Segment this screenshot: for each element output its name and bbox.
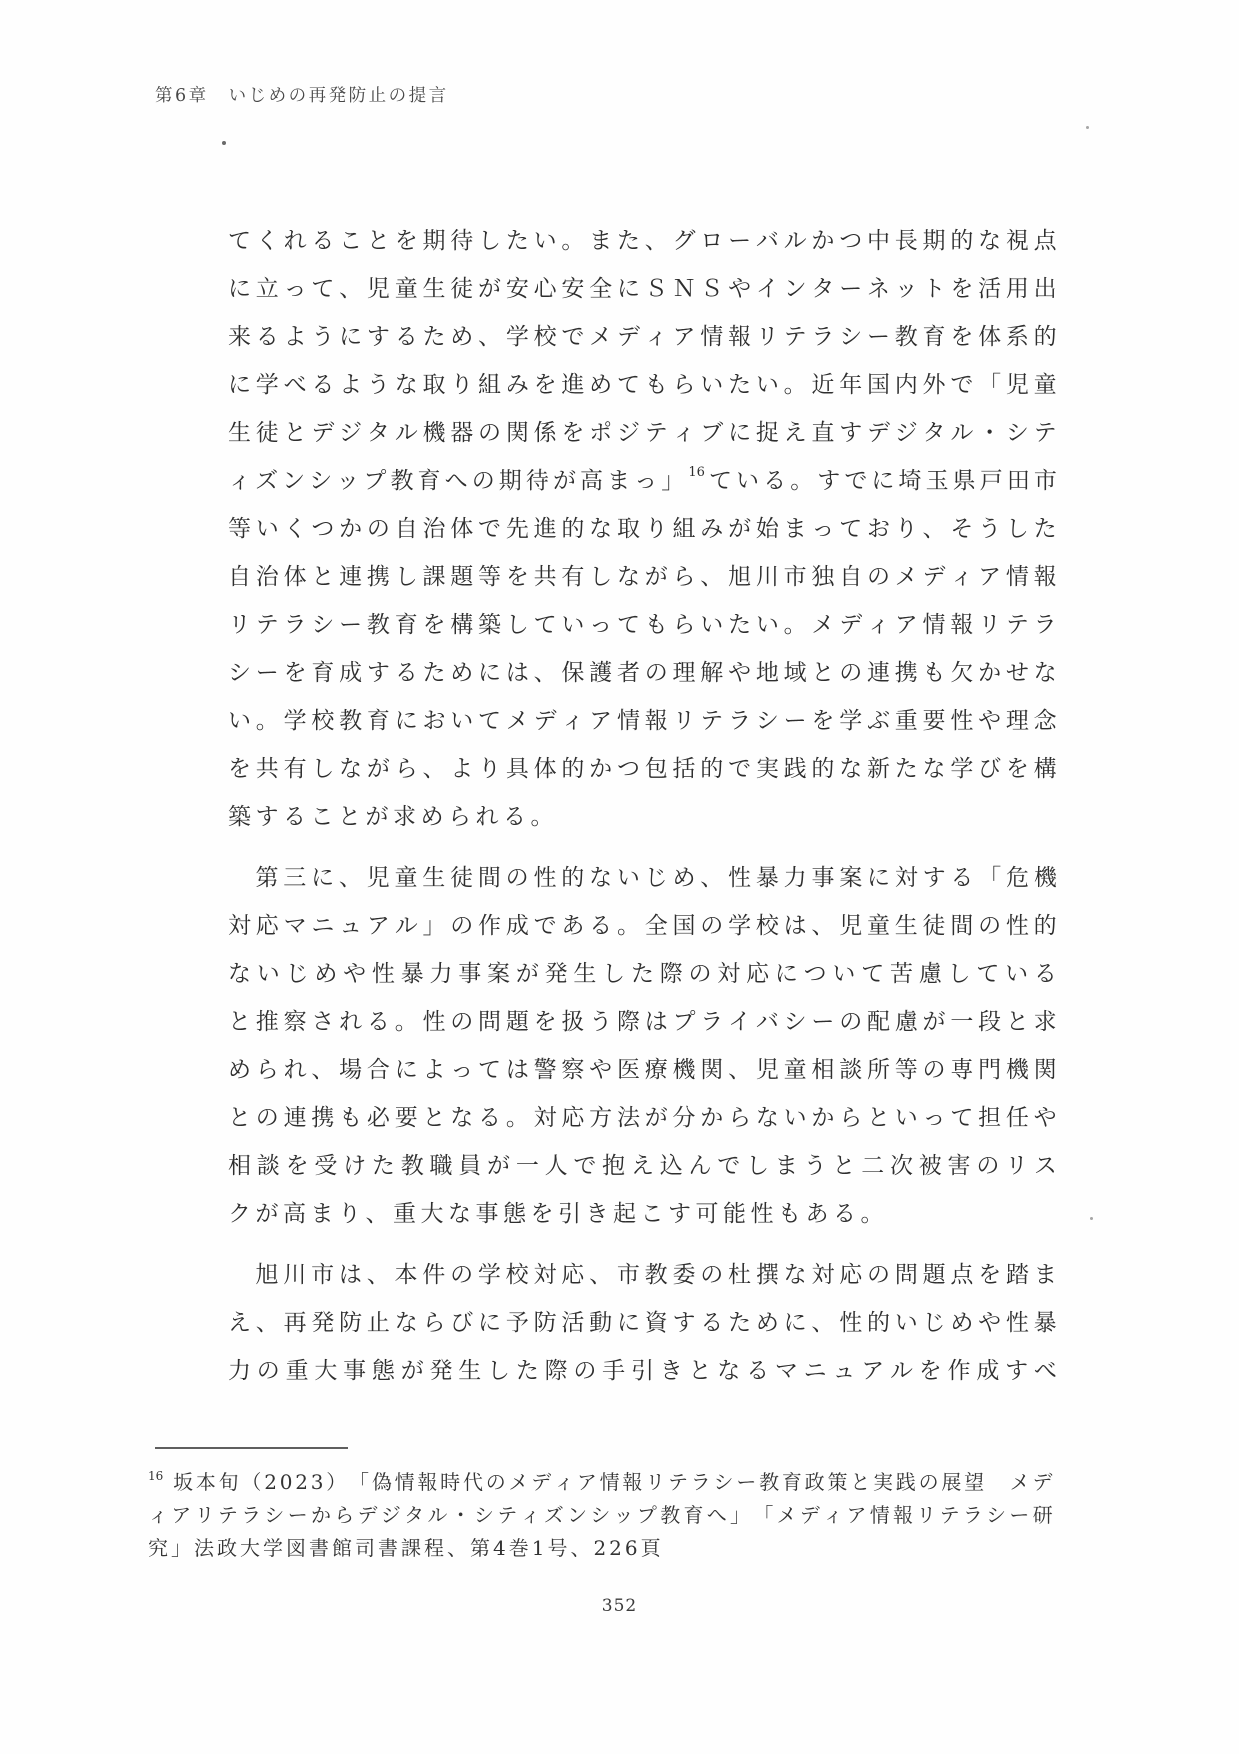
- page-number: 352: [0, 1596, 1239, 1616]
- paragraph-3: 旭川市は、本件の学校対応、市教委の杜撰な対応の問題点を踏ま え、再発防止ならびに…: [228, 1251, 1057, 1395]
- text-line: クが高まり、重大な事態を引き起こす可能性もある。: [228, 1190, 1057, 1238]
- text-line: シーを育成するためには、保護者の理解や地域との連携も欠かせな: [228, 649, 1057, 697]
- text-line: 第三に、児童生徒間の性的ないじめ、性暴力事案に対する「危機: [228, 854, 1057, 902]
- text-line: え、再発防止ならびに予防活動に資するために、性的いじめや性暴: [228, 1299, 1057, 1347]
- text-line: ィズンシップ教育への期待が高まっ」16ている。すでに埼玉県戸田市: [228, 457, 1057, 505]
- body-text: てくれることを期待したい。また、グローバルかつ中長期的な視点 に立って、児童生徒…: [228, 217, 1057, 1395]
- text-line: に学べるような取り組みを進めてもらいたい。近年国内外で「児童: [228, 361, 1057, 409]
- footnote-line: ィアリテラシーからデジタル・シティズンシップ教育へ」「メディア情報リテラシー研: [148, 1499, 1053, 1532]
- scan-speck: [1086, 126, 1089, 129]
- footnote: 16坂本旬（2023）「偽情報時代のメディア情報リテラシー教育政策と実践の展望 …: [148, 1466, 1053, 1565]
- text-line: 築することが求められる。: [228, 793, 1057, 841]
- text-line: 旭川市は、本件の学校対応、市教委の杜撰な対応の問題点を踏ま: [228, 1251, 1057, 1299]
- text-line: められ、場合によっては警察や医療機関、児童相談所等の専門機関: [228, 1046, 1057, 1094]
- text-line: い。学校教育においてメディア情報リテラシーを学ぶ重要性や理念: [228, 697, 1057, 745]
- scan-speck: [222, 141, 226, 145]
- footnote-ref-marker: 16: [688, 449, 705, 497]
- scan-speck: [1090, 1217, 1093, 1220]
- text-line: を共有しながら、より具体的かつ包括的で実践的な新たな学びを構: [228, 745, 1057, 793]
- paragraph-2: 第三に、児童生徒間の性的ないじめ、性暴力事案に対する「危機 対応マニュアル」の作…: [228, 854, 1057, 1238]
- footnote-line: 究」法政大学図書館司書課程、第4巻1号、226頁: [148, 1532, 1053, 1565]
- text-line: てくれることを期待したい。また、グローバルかつ中長期的な視点: [228, 217, 1057, 265]
- text-line: リテラシー教育を構築していってもらいたい。メディア情報リテラ: [228, 601, 1057, 649]
- text-line: 自治体と連携し課題等を共有しながら、旭川市独自のメディア情報: [228, 553, 1057, 601]
- footnote-number: 16: [148, 1460, 163, 1493]
- text-line: と推察される。性の問題を扱う際はプライバシーの配慮が一段と求: [228, 998, 1057, 1046]
- text-line: との連携も必要となる。対応方法が分からないからといって担任や: [228, 1094, 1057, 1142]
- text-line: 等いくつかの自治体で先進的な取り組みが始まっており、そうした: [228, 505, 1057, 553]
- chapter-header: 第6章 いじめの再発防止の提言: [155, 82, 449, 107]
- text-line: 力の重大事態が発生した際の手引きとなるマニュアルを作成すべ: [228, 1347, 1057, 1395]
- text-line: 対応マニュアル」の作成である。全国の学校は、児童生徒間の性的: [228, 902, 1057, 950]
- text-line: 生徒とデジタル機器の関係をポジティブに捉え直すデジタル・シテ: [228, 409, 1057, 457]
- text-line: に立って、児童生徒が安心安全にＳＮＳやインターネットを活用出: [228, 265, 1057, 313]
- text-line: 来るようにするため、学校でメディア情報リテラシー教育を体系的: [228, 313, 1057, 361]
- document-page: 第6章 いじめの再発防止の提言 てくれることを期待したい。また、グローバルかつ中…: [0, 0, 1239, 1754]
- footnote-divider: [155, 1447, 348, 1449]
- paragraph-1: てくれることを期待したい。また、グローバルかつ中長期的な視点 に立って、児童生徒…: [228, 217, 1057, 841]
- text-line: 相談を受けた教職員が一人で抱え込んでしまうと二次被害のリス: [228, 1142, 1057, 1190]
- footnote-line: 16坂本旬（2023）「偽情報時代のメディア情報リテラシー教育政策と実践の展望 …: [148, 1466, 1053, 1499]
- text-line: ないじめや性暴力事案が発生した際の対応について苦慮している: [228, 950, 1057, 998]
